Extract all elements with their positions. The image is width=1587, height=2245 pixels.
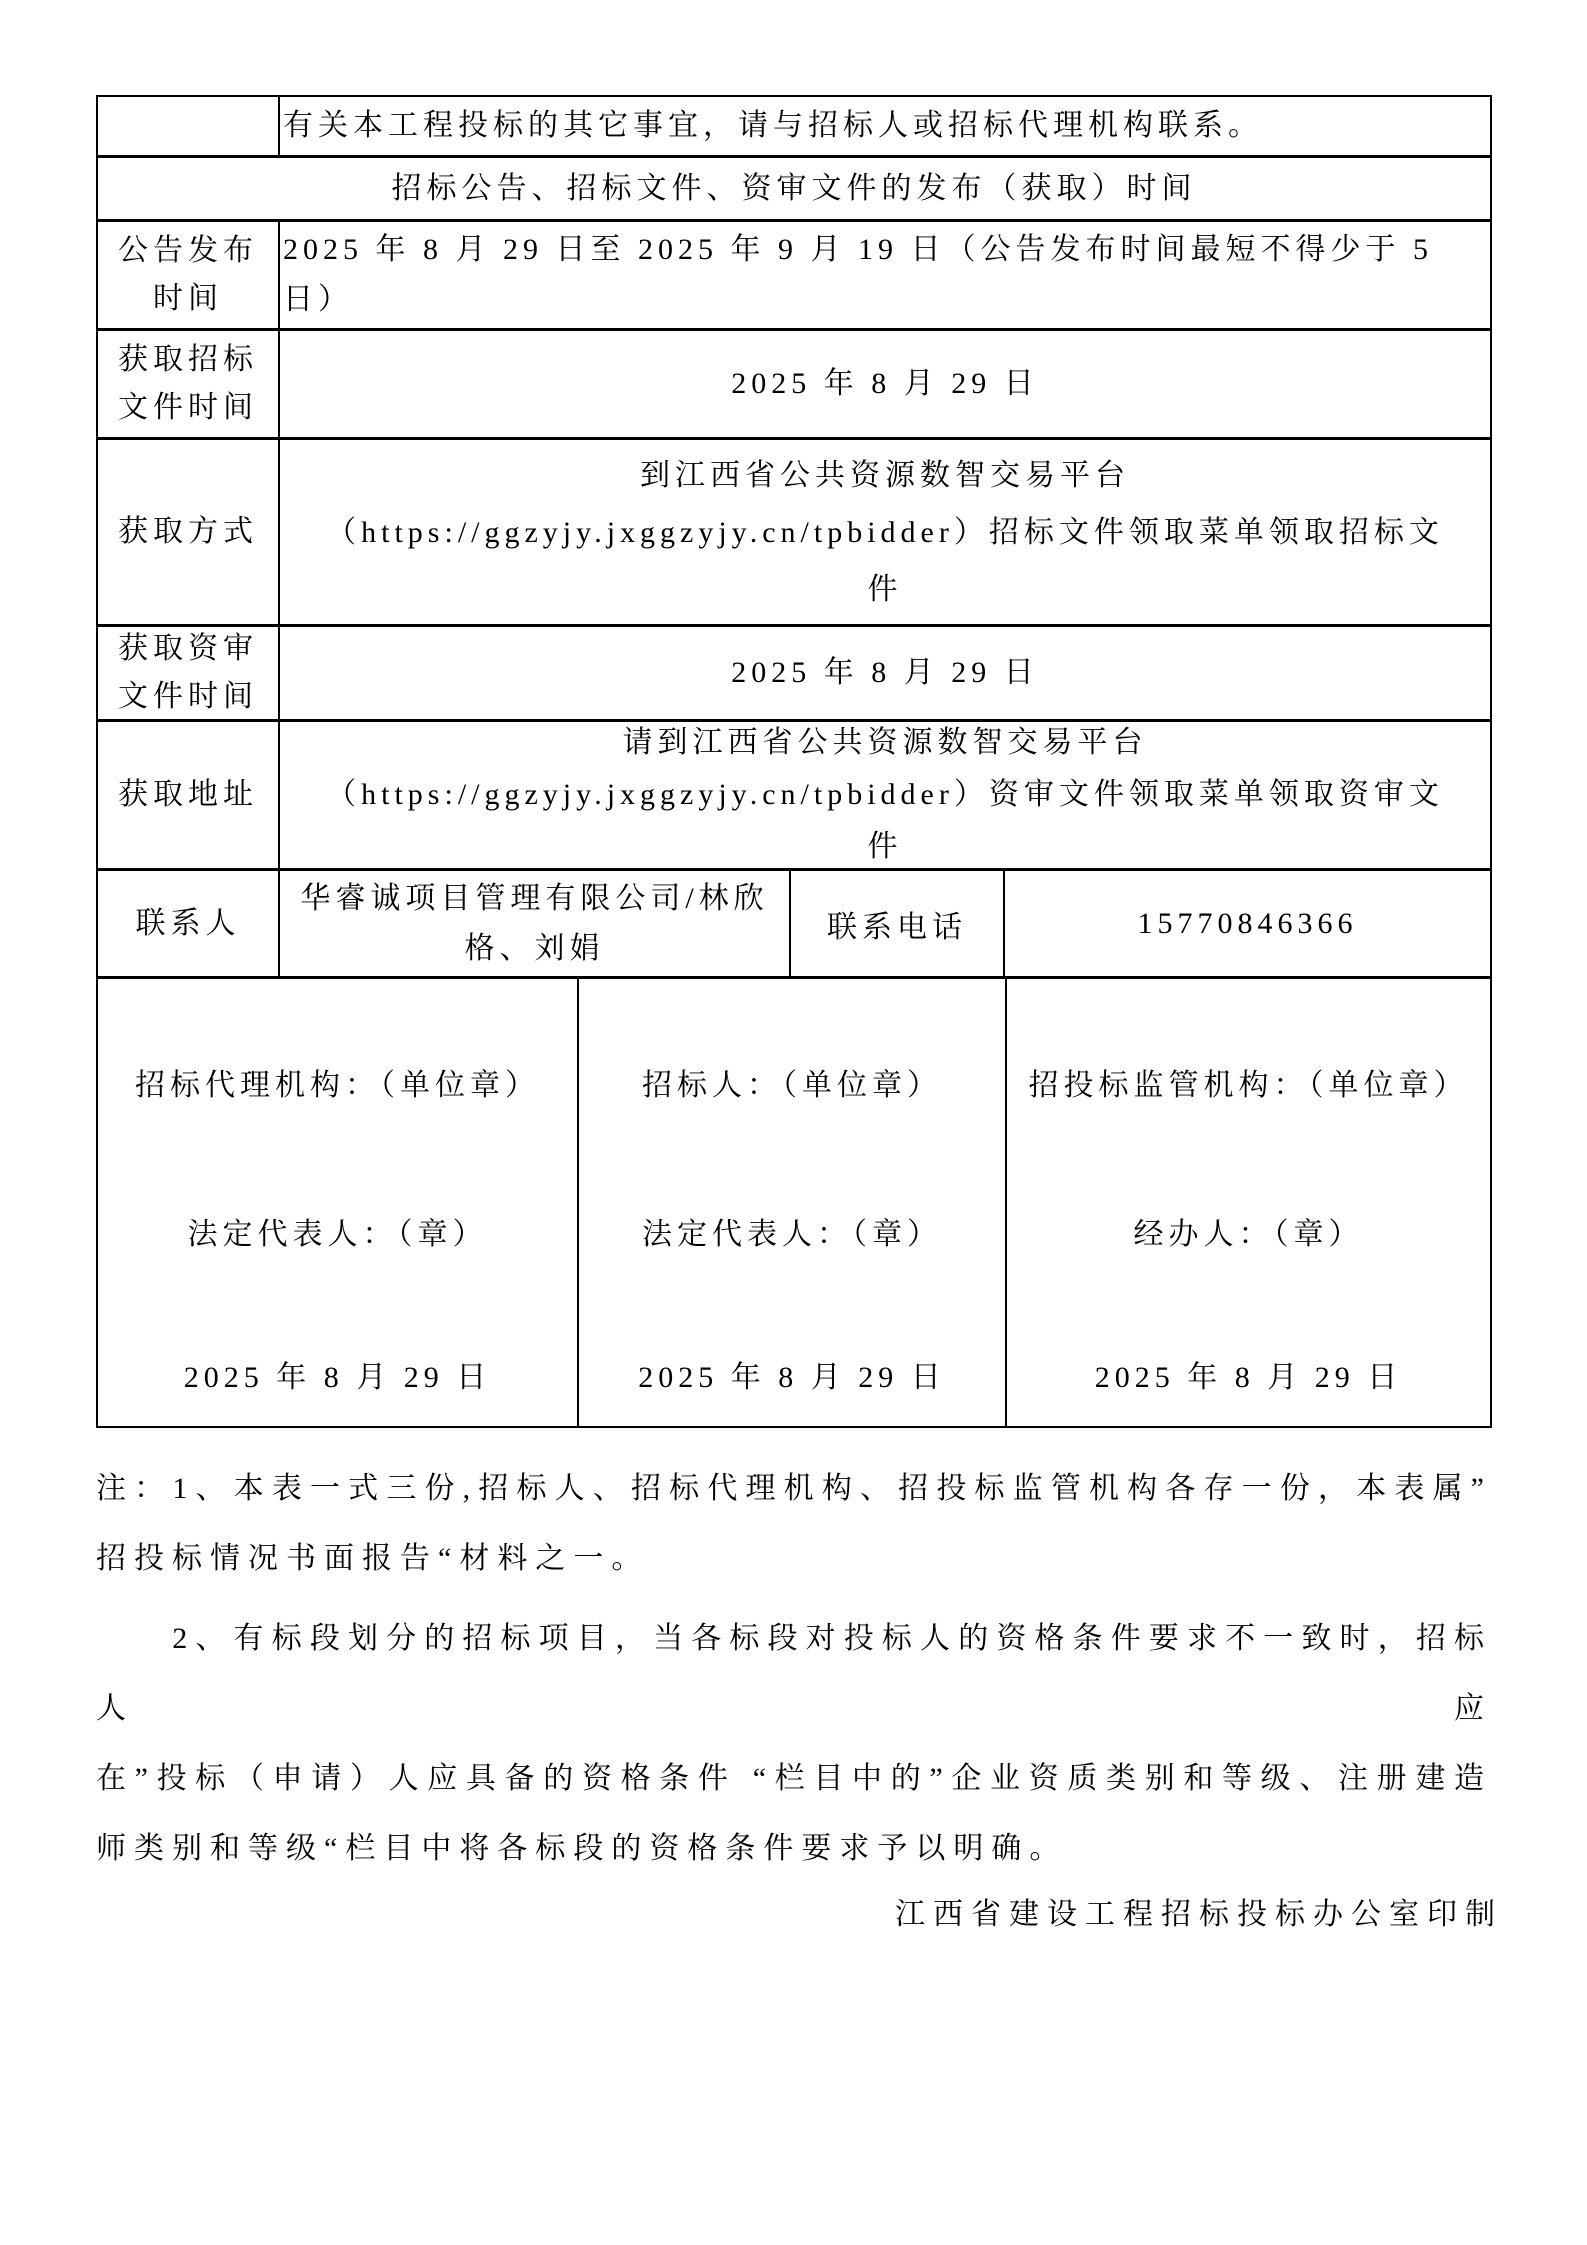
row-announcement-time: 公告发布 时间 2025 年 8 月 29 日至 2025 年 9 月 19 日… [98,222,1490,331]
contact-phone-label: 联系电话 [791,871,1005,976]
row-obtain-review-doc-time: 获取资审 文件时间 2025 年 8 月 29 日 [98,627,1490,722]
announcement-time-value: 2025 年 8 月 29 日至 2025 年 9 月 19 日（公告发布时间最… [280,222,1490,328]
other-matters-text: 有关本工程投标的其它事宜，请与招标人或招标代理机构联系。 [280,97,1490,155]
note-paragraph-1: 注：1、本表一式三份,招标人、招标代理机构、招投标监管机构各存一份，本表属” 招… [96,1454,1492,1594]
obtain-address-label: 获取地址 [98,722,280,868]
regulator-date-line: 2025 年 8 月 29 日 [1095,1357,1403,1399]
section-header-text: 招标公告、招标文件、资审文件的发布（获取）时间 [98,158,1490,219]
row-obtain-address: 获取地址 请到江西省公共资源数智交易平台 （https://ggzyjy.jxg… [98,722,1490,871]
note-paragraph-2: 2、有标段划分的招标项目，当各标段对投标人的资格条件要求不一致时，招标人应 在”… [96,1604,1492,1884]
agency-seal-line: 招标代理机构：（单位章） [135,1065,540,1107]
row-section-header: 招标公告、招标文件、资审文件的发布（获取）时间 [98,158,1490,222]
document-page: 有关本工程投标的其它事宜，请与招标人或招标代理机构联系。 招标公告、招标文件、资… [0,0,1587,2245]
signature-col-bidder: 招标人：（单位章） 法定代表人：（章） 2025 年 8 月 29 日 [579,979,1007,1426]
announcement-time-label: 公告发布 时间 [98,222,280,328]
obtain-tender-doc-time-value: 2025 年 8 月 29 日 [280,331,1490,437]
footer-publisher: 江西省建设工程招标投标办公室印制 [96,1880,1503,1950]
row-obtain-tender-doc-time: 获取招标 文件时间 2025 年 8 月 29 日 [98,331,1490,440]
note-line: 注：1、本表一式三份,招标人、招标代理机构、招投标监管机构各存一份，本表属” [96,1454,1492,1524]
note-line: 2、有标段划分的招标项目，当各标段对投标人的资格条件要求不一致时，招标人应 [96,1604,1492,1744]
obtain-method-value: 到江西省公共资源数智交易平台 （https://ggzyjy.jxggzyjy.… [280,440,1490,624]
row-contact: 联系人 华睿诚项目管理有限公司/林欣 格、刘娟 联系电话 15770846366 [98,871,1490,979]
notes-section: 注：1、本表一式三份,招标人、招标代理机构、招投标监管机构各存一份，本表属” 招… [96,1454,1492,1884]
bidder-representative-line: 法定代表人：（章） [642,1214,942,1256]
signature-col-regulator: 招投标监管机构：（单位章） 经办人：（章） 2025 年 8 月 29 日 [1007,979,1490,1426]
agency-date-line: 2025 年 8 月 29 日 [184,1357,492,1399]
row-obtain-method: 获取方式 到江西省公共资源数智交易平台 （https://ggzyjy.jxgg… [98,440,1490,627]
bidder-seal-line: 招标人：（单位章） [642,1065,942,1107]
tender-info-table: 有关本工程投标的其它事宜，请与招标人或招标代理机构联系。 招标公告、招标文件、资… [96,95,1492,1428]
obtain-review-doc-time-value: 2025 年 8 月 29 日 [280,627,1490,719]
signature-section: 招标代理机构：（单位章） 法定代表人：（章） 2025 年 8 月 29 日 招… [98,979,1490,1426]
obtain-review-doc-time-label: 获取资审 文件时间 [98,627,280,719]
contact-person-label: 联系人 [98,871,280,976]
obtain-tender-doc-time-label: 获取招标 文件时间 [98,331,280,437]
agency-representative-line: 法定代表人：（章） [188,1214,488,1256]
contact-person-value: 华睿诚项目管理有限公司/林欣 格、刘娟 [280,871,791,976]
other-matters-empty-cell [98,97,280,155]
obtain-method-label: 获取方式 [98,440,280,624]
regulator-seal-line: 招投标监管机构：（单位章） [1029,1065,1469,1107]
bidder-date-line: 2025 年 8 月 29 日 [638,1357,946,1399]
obtain-address-value: 请到江西省公共资源数智交易平台 （https://ggzyjy.jxggzyjy… [280,722,1490,868]
signature-col-agency: 招标代理机构：（单位章） 法定代表人：（章） 2025 年 8 月 29 日 [98,979,579,1426]
note-line: 招投标情况书面报告“材料之一。 [96,1524,1492,1594]
regulator-handler-line: 经办人：（章） [1134,1214,1364,1256]
note-line: 在”投标（申请）人应具备的资格条件 “栏目中的”企业资质类别和等级、注册建造 [96,1744,1492,1814]
contact-phone-value: 15770846366 [1005,871,1490,976]
row-other-matters: 有关本工程投标的其它事宜，请与招标人或招标代理机构联系。 [98,97,1490,158]
note-line: 师类别和等级“栏目中将各标段的资格条件要求予以明确。 [96,1814,1492,1884]
